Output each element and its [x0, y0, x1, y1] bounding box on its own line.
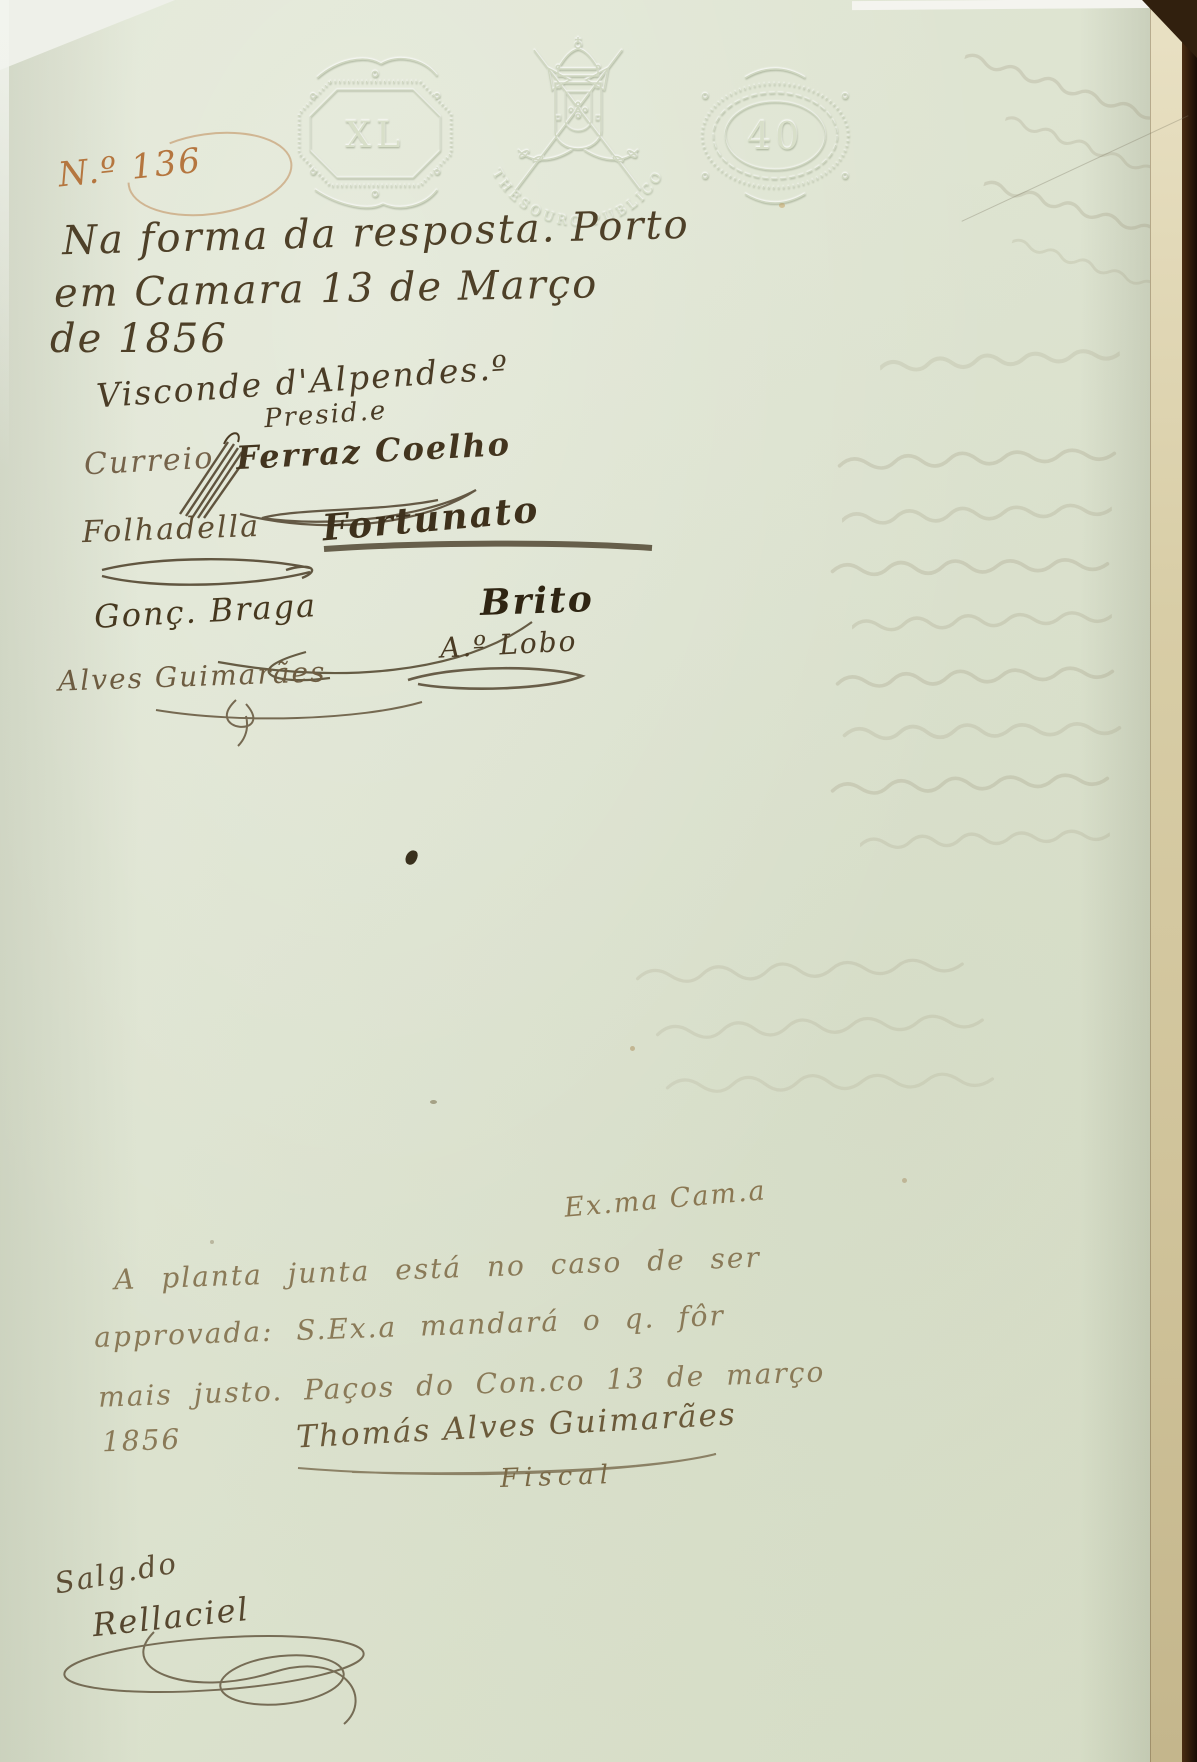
stamp-value-xl: XL	[345, 115, 405, 156]
foxing-speck	[902, 1178, 907, 1183]
minute-line: de 1856	[50, 316, 228, 362]
ink-showthrough	[842, 500, 1113, 531]
ink-showthrough	[830, 663, 1121, 695]
ink-showthrough	[832, 445, 1123, 477]
foxing-speck	[430, 1100, 437, 1104]
opinion-signer: Thomás Alves Guimarães	[295, 1396, 737, 1455]
minute-line: em Camara 13 de Março	[54, 261, 599, 316]
ink-showthrough	[600, 1068, 1060, 1102]
embossed-revenue-stamp: XL	[268, 16, 888, 230]
foxing-speck	[210, 1240, 214, 1244]
ink-showthrough	[820, 555, 1120, 582]
signature: Folhadella	[81, 509, 260, 550]
signature: Brito	[479, 578, 594, 624]
opinion-line: approvada: S.Ex.a mandará o q. fôr	[94, 1299, 726, 1354]
opinion-addressee: Ex.ma Cam.a	[563, 1175, 768, 1224]
stamp-40-frame: 40	[702, 69, 848, 203]
opinion-signer-title: Fiscal	[500, 1460, 615, 1494]
ink-blot	[404, 849, 419, 867]
underlying-page-edge	[1150, 0, 1185, 1762]
stamp-xl-frame: XL	[299, 59, 451, 208]
opinion-line: A planta junta está no caso de ser	[114, 1241, 762, 1297]
ink-showthrough	[820, 770, 1121, 802]
ink-showthrough	[560, 1007, 1081, 1051]
laurel-icon	[518, 149, 638, 162]
pen-flourish	[318, 540, 658, 558]
scan-edge-left	[0, 0, 9, 470]
pen-flourish	[44, 1602, 404, 1732]
scan-shading-left	[0, 0, 140, 1762]
shield-icon	[555, 83, 601, 149]
ink-showthrough	[860, 826, 1111, 857]
document-scan: XL	[0, 0, 1197, 1762]
stamp-value-40: 40	[747, 114, 803, 158]
signature: A.º Lobo	[439, 624, 578, 664]
ink-showthrough	[852, 607, 1113, 638]
crown-icon	[556, 37, 599, 76]
foxing-speck	[779, 203, 785, 208]
pen-flourish	[400, 662, 590, 696]
ref-number-oval	[118, 128, 296, 220]
pen-flourish	[96, 552, 326, 592]
flags-icon	[516, 50, 640, 190]
binding-edge	[1182, 0, 1197, 1762]
ink-showthrough	[520, 950, 1081, 996]
opinion-line: 1856	[101, 1423, 181, 1459]
pen-flourish	[150, 692, 430, 748]
